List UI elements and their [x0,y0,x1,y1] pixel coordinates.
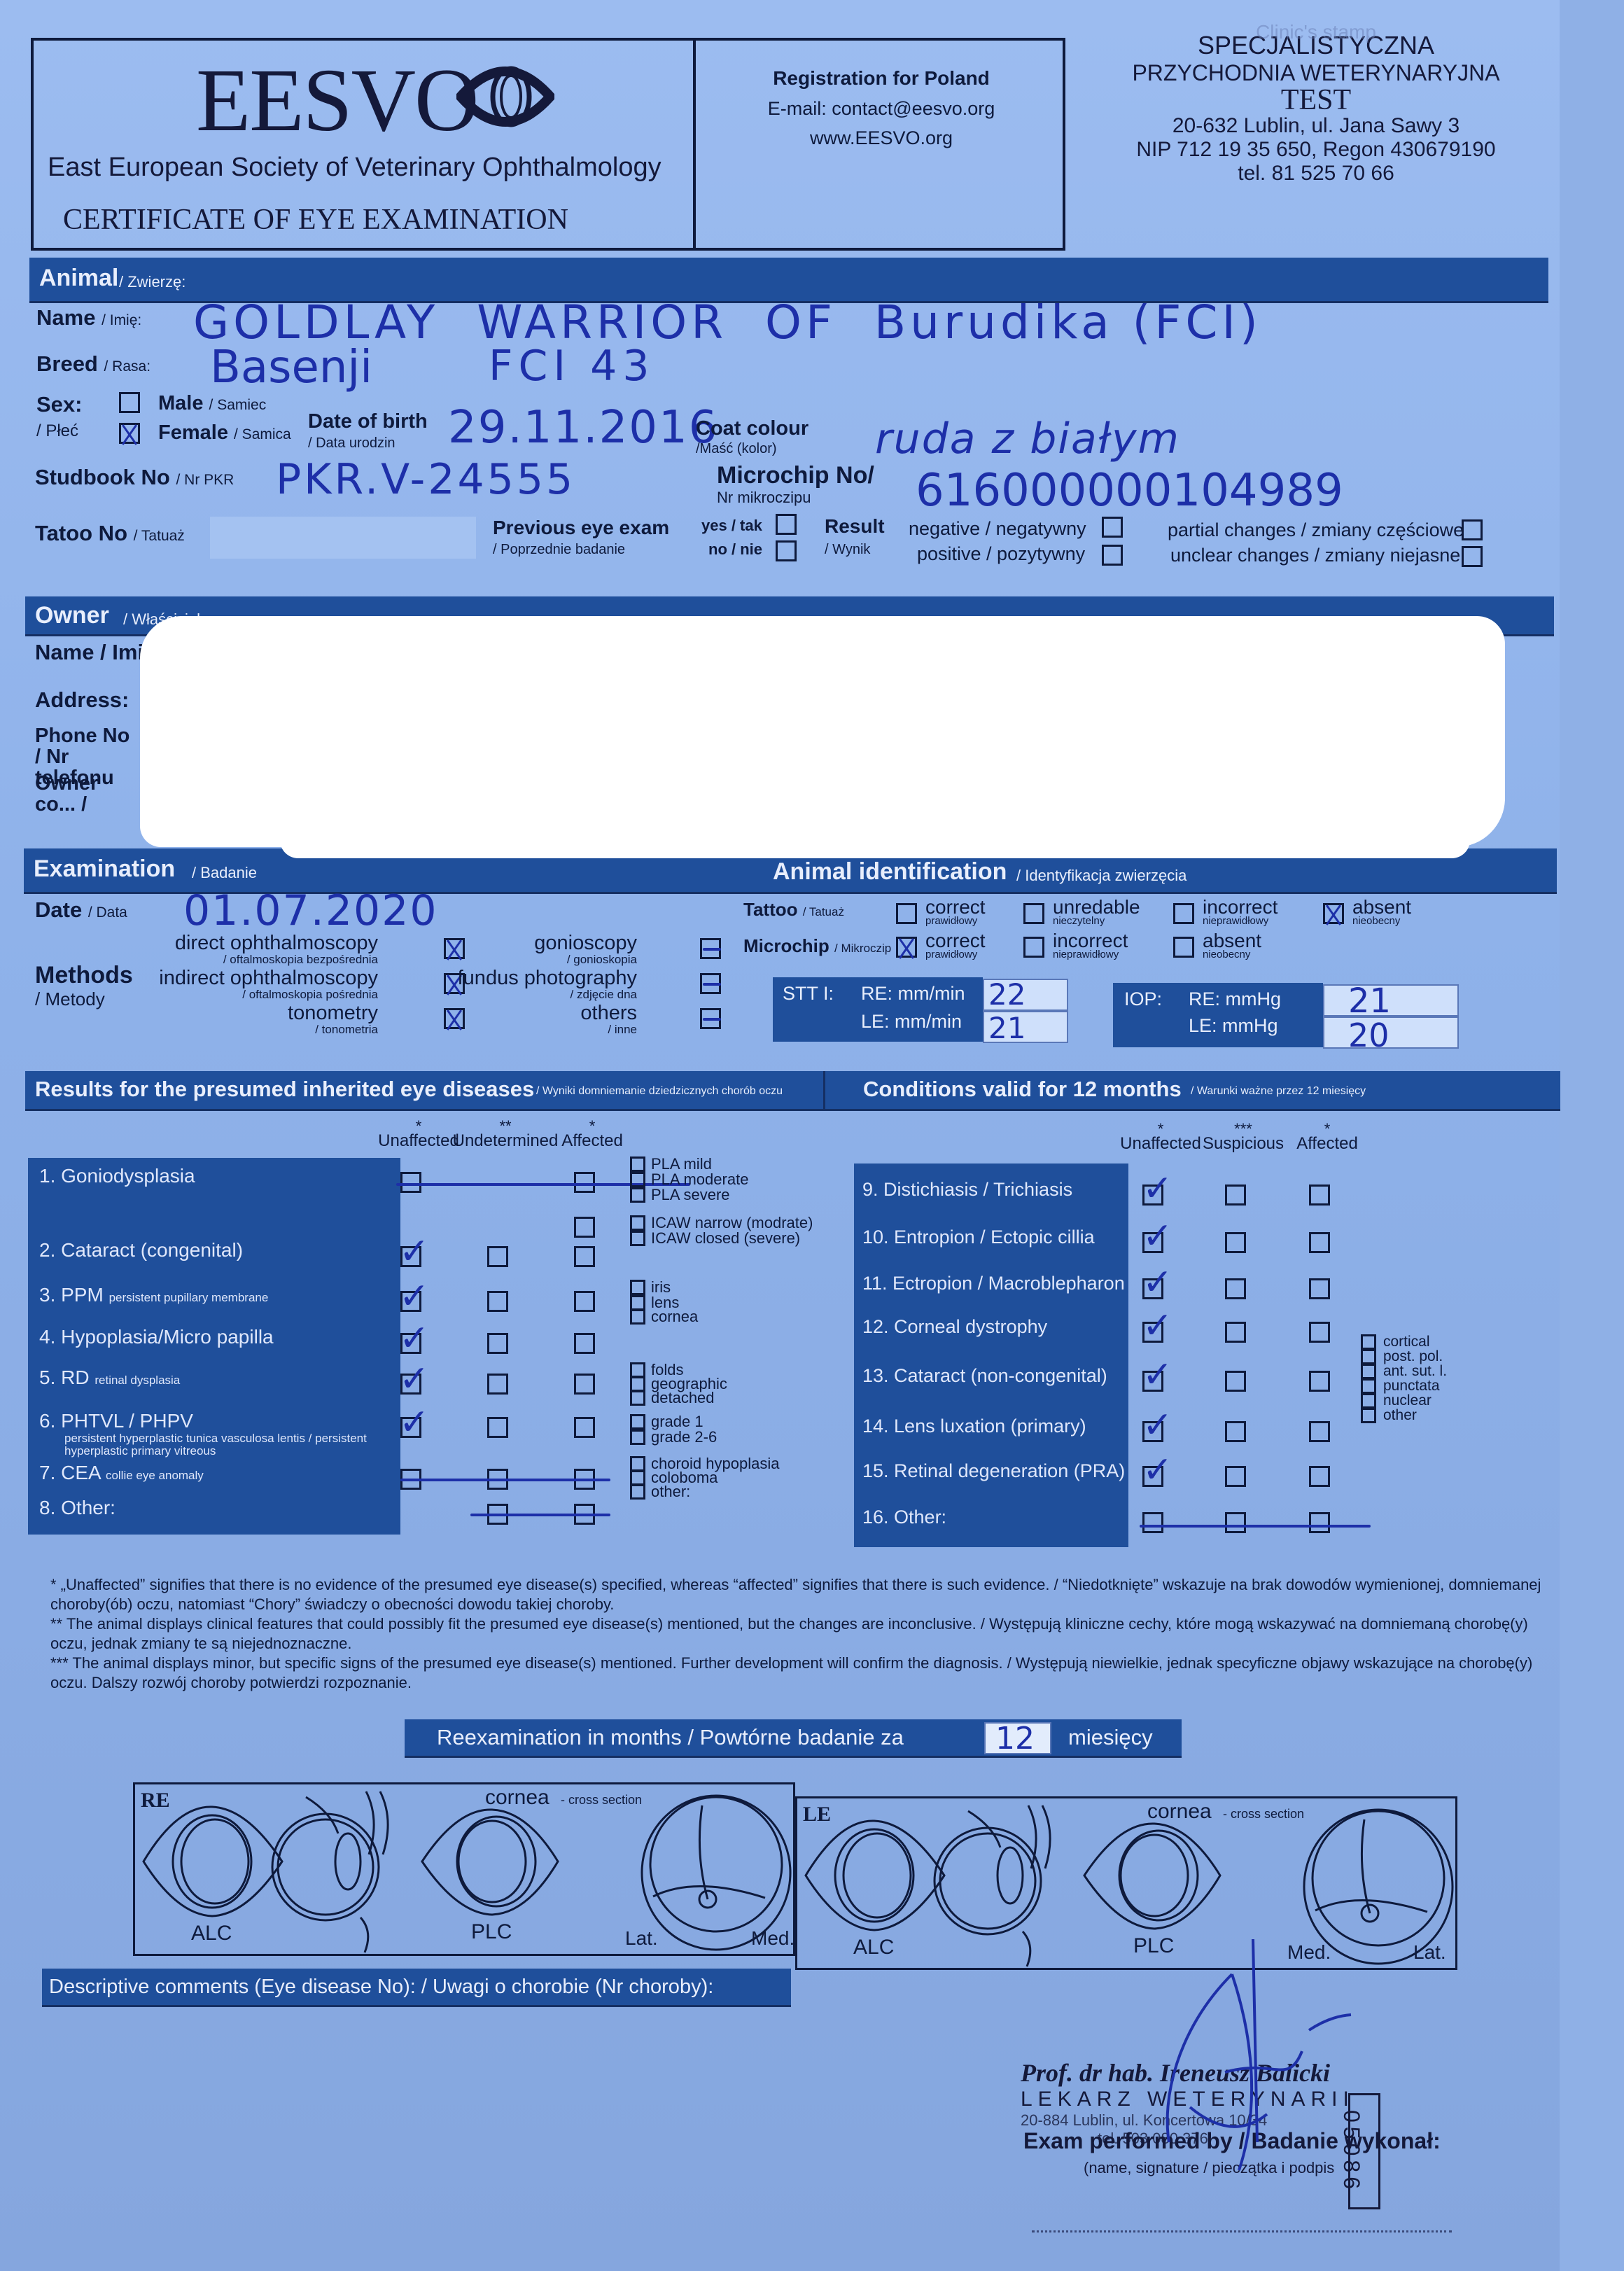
exam-date-value[interactable]: 01.07.2020 [183,886,438,935]
coat-label-pl: /Maść (kolor) [696,441,777,457]
inherited-disease-label: 6. PHTVL / PHPV persistent hyperplastic … [39,1410,400,1458]
right-eye-diagram[interactable]: REcornea- cross sectionALCPLCLat.Med. [133,1782,795,1956]
footnote-1: * „Unaffected” signifies that there is n… [50,1575,1562,1614]
iop-re-label: RE: mmHg [1189,988,1281,1010]
tattoo-field[interactable] [210,517,476,559]
inherited-sub-checkbox[interactable] [630,1376,645,1392]
owner-address-label: Address: [35,687,129,713]
clinic-stamp-label: Clinic's stamp [1092,21,1540,43]
plc-label: PLC [471,1920,512,1944]
inherited-sub-label: grade 2-6 [651,1430,717,1445]
method-0-label: direct ophthalmoscopy/ oftalmoskopia bez… [175,932,378,966]
inherited-sub-checkbox[interactable] [630,1484,645,1500]
tattoo-absent-checkbox[interactable] [1323,903,1344,924]
reexam-value-field[interactable]: 12 [984,1722,1051,1754]
inherited-2-undetermined-checkbox[interactable] [487,1246,508,1267]
conditions-9-tick-mark: ✓ [1142,1171,1173,1207]
inherited-sub-checkbox[interactable] [630,1280,645,1295]
cataract-sub-label: other [1383,1408,1417,1423]
cataract-sub-checkbox[interactable] [1361,1393,1376,1409]
side-left-label: Lat. [625,1927,658,1950]
conditions-9-suspicious-checkbox[interactable] [1225,1185,1246,1206]
exam-date-label: Date / Data [35,897,127,923]
inherited-sub-label: detached [651,1390,715,1406]
stt-le-label: LE: mm/min [861,1011,962,1033]
clinic-stamp: Clinic's stamp SPECJALISTYCZNA PRZYCHODN… [1092,21,1540,186]
alc-label: ALC [853,1936,894,1959]
inherited-sub-checkbox[interactable] [630,1157,645,1172]
inherited-sub-checkbox[interactable] [630,1414,645,1430]
previous-exam-label: Previous eye exam [493,517,669,539]
methods-label-pl: / Metody [35,988,105,1010]
microchip-label-pl: Nr mikroczipu [717,489,811,507]
inherited-sub-label: ICAW closed (severe) [651,1231,800,1246]
logo-text: EESVO [196,50,477,150]
cataract-sub-label: punctata [1383,1378,1440,1394]
inherited-strike-mark [396,1183,690,1186]
result-unclear-label: unclear changes / zmiany niejasne [1170,545,1460,566]
clinic-line-4: 20-632 Lublin, ul. Jana Sawy 3 [1092,114,1540,138]
conditions-col-affected: *Affected [1264,1123,1390,1152]
inherited-sub-label: PLA mild [651,1157,712,1172]
result-label-pl: / Wynik [825,542,870,558]
eye-side-label: RE [141,1789,170,1812]
breed-value[interactable]: Basenji [210,342,372,393]
inherited-3-undetermined-checkbox[interactable] [487,1291,508,1312]
method-direct-ophthalmoscopy-checkbox[interactable] [444,938,465,959]
inherited-4-tick-mark: ✓ [399,1320,430,1357]
conditions-13-tick-mark: ✓ [1142,1357,1173,1393]
conditions-14-tick-mark: ✓ [1142,1407,1173,1444]
inherited-2-tick-mark: ✓ [399,1234,430,1270]
conditions-disease-label: 12. Corneal dystrophy [862,1316,1047,1338]
method-dash-mark [703,948,721,951]
inherited-sub-checkbox[interactable] [630,1456,645,1472]
inherited-3-tick-mark: ✓ [399,1278,430,1315]
result-label: Result [825,515,885,538]
logo: EESVO [196,49,477,152]
inherited-sub-label: iris [651,1280,671,1295]
clinic-line-5: NIP 712 19 35 650, Regon 430679190 [1092,138,1540,162]
society-name: East European Society of Veterinary Opht… [48,153,661,183]
microchip-value[interactable]: 616000000104989 [916,465,1343,517]
conditions-15-tick-mark: ✓ [1142,1452,1173,1488]
inherited-col-affected: *Affected [529,1120,655,1150]
conditions-16-affected-checkbox[interactable] [1309,1512,1330,1533]
result-negative-checkbox[interactable] [1102,517,1123,538]
animal-section-title: Animal [39,265,118,292]
iop-le-label: LE: mmHg [1189,1015,1278,1037]
inherited-sub-checkbox[interactable] [630,1231,645,1246]
tattoo-incorrect-checkbox[interactable] [1173,903,1194,924]
side-right-label: Med. [751,1927,794,1950]
footnotes: * „Unaffected” signifies that there is n… [50,1575,1562,1693]
owner-redaction [140,616,1505,847]
conditions-section-title: Conditions valid for 12 months [863,1077,1182,1102]
inherited-sub-checkbox[interactable] [630,1215,645,1231]
name-label: Name / Imię: [36,305,141,330]
inherited-strike-mark [400,1479,610,1481]
inherited-sub-checkbox[interactable] [630,1295,645,1311]
cataract-sub-label: ant. sut. l. [1383,1364,1447,1379]
inherited-sub-checkbox[interactable] [630,1309,645,1325]
stt-panel: STT I: RE: mm/min LE: mm/min [773,977,983,1042]
comments-bar: Descriptive comments (Eye disease No): /… [42,1969,791,2007]
male-checkbox[interactable] [119,392,140,413]
side-right-label: Lat. [1413,1941,1446,1964]
inherited-sub-checkbox[interactable] [630,1172,645,1187]
cataract-sub-label: post. pol. [1383,1349,1443,1364]
tattoo-unredable-checkbox[interactable] [1023,903,1044,924]
inherited-strike-mark [470,1514,610,1516]
result-partial-checkbox[interactable] [1462,519,1483,540]
inherited-1-unaffected-checkbox[interactable] [400,1172,421,1193]
conditions-14-suspicious-checkbox[interactable] [1225,1421,1246,1442]
inherited-sub-label: cornea [651,1309,698,1325]
inherited-3-affected-checkbox[interactable] [574,1291,595,1312]
inherited-1-icaw-affected-checkbox[interactable] [574,1217,595,1238]
conditions-disease-label: 13. Cataract (non-congenital) [862,1365,1107,1387]
method-2-label: tonometry/ tonometria [288,1002,378,1036]
iop-re-field[interactable]: 21 [1323,984,1459,1016]
previous-exam-label-pl: / Poprzednie badanie [493,542,625,558]
inherited-disease-label: 5. RD retinal dysplasia [39,1367,180,1389]
examination-section-title: Examination [34,855,175,883]
inherited-6-tick-mark: ✓ [399,1404,430,1441]
cataract-sub-checkbox[interactable] [1361,1378,1376,1394]
microchip-absent-checkbox[interactable] [1173,937,1194,958]
clinic-line-2: PRZYCHODNIA WETERYNARYJNA [1092,60,1540,86]
conditions-11-tick-mark: ✓ [1142,1264,1173,1301]
cataract-sub-label: cortical [1383,1334,1430,1350]
animal-section-title-pl: / Zwierzę: [119,273,185,291]
inherited-disease-label: 8. Other: [39,1497,115,1519]
conditions-12-affected-checkbox[interactable] [1309,1322,1330,1343]
footnote-3: *** The animal displays minor, but speci… [50,1654,1562,1693]
studbook-label: Studbook No / Nr PKR [35,465,234,490]
methods-label: Methods [35,962,133,989]
method-5-label: others/ inne [580,1002,637,1036]
conditions-9-affected-checkbox[interactable] [1309,1185,1330,1206]
female-label: Female / Samica [158,421,291,445]
conditions-10-suspicious-checkbox[interactable] [1225,1232,1246,1253]
tattoo-correct-label: correctprawidłowy [925,899,986,927]
registration-title: Registration for Poland [700,67,1063,90]
owner-name-label: Name / Imię [35,640,147,665]
certificate-page: EESVO East European Society of Veterinar… [0,0,1560,2271]
tattoo-label: Tatoo No / Tatuaż [35,521,185,546]
method-dash-mark [703,983,721,986]
conditions-16-unaffected-checkbox[interactable] [1142,1512,1163,1533]
tattoo-incorrect-label: incorrectnieprawidłowy [1203,899,1277,927]
stt-le-field[interactable]: 21 [983,1011,1068,1043]
breed-fci-value[interactable]: FCI 43 [489,342,655,391]
iop-panel: IOP: RE: mmHg LE: mmHg [1113,983,1323,1047]
microchip-label: Microchip No/ [717,462,874,489]
inherited-sub-checkbox[interactable] [630,1470,645,1486]
microchip-correct-checkbox[interactable] [896,937,917,958]
signature-scribble [1120,1932,1372,2184]
inherited-sub-checkbox[interactable] [630,1430,645,1445]
inherited-4-affected-checkbox[interactable] [574,1333,595,1354]
comments-title: Descriptive comments (Eye disease No): /… [49,1976,713,1999]
cornea-sub-label: - cross section [561,1793,642,1808]
cataract-sub-checkbox[interactable] [1361,1364,1376,1379]
conditions-12-tick-mark: ✓ [1142,1308,1173,1344]
conditions-disease-label: 14. Lens luxation (primary) [862,1416,1086,1437]
identification-section-title: Animal identification [773,858,1007,886]
conditions-disease-label: 10. Entropion / Ectopic cillia [862,1227,1095,1248]
coat-value[interactable]: ruda z białym [875,414,1180,463]
clinic-line-6: tel. 81 525 70 66 [1092,162,1540,186]
inherited-disease-label: 7. CEA collie eye anomaly [39,1462,204,1484]
conditions-14-affected-checkbox[interactable] [1309,1421,1330,1442]
footnote-2: ** The animal displays clinical features… [50,1614,1562,1654]
inherited-sub-checkbox[interactable] [630,1362,645,1378]
id-microchip-label: Microchip / Mikroczip [743,935,891,957]
alc-label: ALC [191,1922,232,1945]
prev-yes-label: yes / tak [701,517,762,535]
conditions-disease-label: 11. Ectropion / Macroblepharon [862,1273,1125,1294]
tattoo-correct-checkbox[interactable] [896,903,917,924]
examination-bar-redaction [280,840,1470,858]
cornea-sub-label: - cross section [1223,1807,1304,1822]
cataract-sub-checkbox[interactable] [1361,1408,1376,1423]
conditions-15-suspicious-checkbox[interactable] [1225,1466,1246,1487]
conditions-10-affected-checkbox[interactable] [1309,1232,1330,1253]
inherited-section-title-pl: / Wyniki domniemanie dziedzicznych choró… [536,1085,783,1098]
microchip-correct-label: correctprawidłowy [925,932,986,960]
inherited-disease-label: 3. PPM persistent pupillary membrane [39,1284,268,1306]
prev-no-checkbox[interactable] [776,540,797,561]
prev-no-label: no / nie [708,540,762,559]
inherited-sub-label: grade 1 [651,1414,703,1430]
signature-line[interactable] [1032,2230,1452,2232]
conditions-disease-label: 16. Other: [862,1507,946,1528]
tattoo-unredable-label: unredablenieczytelny [1053,899,1140,927]
inherited-5-affected-checkbox[interactable] [574,1374,595,1395]
eye-logo-icon [456,53,554,141]
registration-web: www.EESVO.org [700,127,1063,149]
stt-re-label: RE: mm/min [861,983,965,1005]
method-3-label: gonioscopy/ gonioskopia [534,932,637,966]
conditions-12-suspicious-checkbox[interactable] [1225,1322,1246,1343]
result-positive-label: positive / pozytywny [917,543,1085,565]
sex-label: Sex: [36,392,82,417]
inherited-1-affected-checkbox[interactable] [574,1172,595,1193]
dob-value[interactable]: 29.11.2016 [448,402,718,454]
microchip-incorrect-label: incorrectnieprawidłowy [1053,932,1128,960]
cataract-sub-checkbox[interactable] [1361,1334,1376,1350]
studbook-value[interactable]: PKR.V-24555 [276,455,575,504]
clinic-line-3: TEST [1092,86,1540,114]
conditions-section-bar: Conditions valid for 12 months / Warunki… [823,1071,1560,1111]
result-partial-label: partial changes / zmiany częściowe [1168,519,1464,541]
inherited-sub-checkbox[interactable] [630,1187,645,1203]
iop-label: IOP: [1124,988,1162,1010]
cornea-label: cornea [485,1786,549,1810]
microchip-incorrect-checkbox[interactable] [1023,937,1044,958]
conditions-disease-label: 15. Retinal degeneration (PRA) [862,1460,1125,1482]
reexam-suffix: miesięcy [1068,1725,1153,1750]
inherited-sub-checkbox[interactable] [630,1390,645,1406]
examination-section-title-pl: / Badanie [192,864,257,882]
method-dash-mark [703,1018,721,1021]
dob-label: Date of birth [308,410,428,433]
microchip-absent-label: absentnieobecny [1203,932,1261,960]
inherited-disease-label: 1. Goniodysplasia [39,1165,195,1187]
inherited-sub-label: other: [651,1484,690,1500]
dob-label-pl: / Data urodzin [308,435,395,452]
inherited-sub-label: PLA moderate [651,1172,748,1187]
registration-email: E-mail: contact@eesvo.org [700,98,1063,120]
document-title: CERTIFICATE OF EYE EXAMINATION [63,203,568,237]
conditions-16-suspicious-checkbox[interactable] [1225,1512,1246,1533]
inherited-6-undetermined-checkbox[interactable] [487,1417,508,1438]
conditions-section-title-pl: / Warunki ważne przez 12 miesięcy [1191,1085,1366,1098]
inherited-sub-label: PLA severe [651,1187,730,1203]
result-positive-checkbox[interactable] [1102,545,1123,566]
result-negative-label: negative / negatywny [909,518,1086,540]
method-tonometry-checkbox[interactable] [444,1008,465,1029]
method-4-label: fundus photography/ zdjęcie dna [458,967,637,1001]
inherited-sub-label: ICAW narrow (modrate) [651,1215,813,1231]
owner-co-label: Owner co... / Właściciel p... [35,773,140,815]
conditions-11-affected-checkbox[interactable] [1309,1278,1330,1299]
female-checkbox[interactable] [119,423,140,444]
conditions-10-tick-mark: ✓ [1142,1218,1173,1255]
conditions-strike-mark [1140,1525,1371,1528]
breed-label: Breed / Rasa: [36,351,150,377]
id-tattoo-label: Tattoo / Tatuaż [743,899,844,921]
tattoo-absent-label: absentnieobecny [1352,899,1411,927]
method-1-label: indirect ophthalmoscopy/ oftalmoskopia p… [159,967,378,1001]
conditions-15-affected-checkbox[interactable] [1309,1466,1330,1487]
inherited-section-bar: Results for the presumed inherited eye d… [25,1071,823,1111]
identification-section-title-pl: / Identyfikacja zwierzęcia [1016,867,1186,885]
stt-re-field[interactable]: 22 [983,979,1068,1011]
stt-label: STT I: [783,983,834,1005]
conditions-disease-list [854,1164,1128,1547]
owner-section-title: Owner [35,602,109,629]
cornea-label: cornea [1147,1800,1212,1824]
inherited-2-affected-checkbox[interactable] [574,1246,595,1267]
conditions-13-suspicious-checkbox[interactable] [1225,1371,1246,1392]
sex-label-pl: / Płeć [36,421,78,441]
conditions-11-suspicious-checkbox[interactable] [1225,1278,1246,1299]
coat-label: Coat colour [696,417,808,440]
male-label: Male / Samiec [158,392,266,415]
inherited-5-undetermined-checkbox[interactable] [487,1374,508,1395]
conditions-disease-label: 9. Distichiasis / Trichiasis [862,1179,1072,1201]
conditions-13-affected-checkbox[interactable] [1309,1371,1330,1392]
inherited-disease-label: 4. Hypoplasia/Micro papilla [39,1326,274,1348]
inherited-4-undetermined-checkbox[interactable] [487,1333,508,1354]
iop-le-field[interactable]: 20 [1323,1016,1459,1049]
eye-side-label: LE [803,1803,831,1826]
reexam-bar: Reexamination in months / Powtórne badan… [405,1719,1182,1758]
prev-yes-checkbox[interactable] [776,514,797,535]
reexam-label: Reexamination in months / Powtórne badan… [437,1725,904,1750]
cataract-sub-label: nuclear [1383,1393,1431,1409]
inherited-5-tick-mark: ✓ [399,1361,430,1397]
cataract-sub-checkbox[interactable] [1361,1349,1376,1364]
inherited-section-title: Results for the presumed inherited eye d… [35,1077,534,1102]
inherited-disease-label: 2. Cataract (congenital) [39,1239,243,1262]
result-unclear-checkbox[interactable] [1462,546,1483,567]
inherited-6-affected-checkbox[interactable] [574,1417,595,1438]
